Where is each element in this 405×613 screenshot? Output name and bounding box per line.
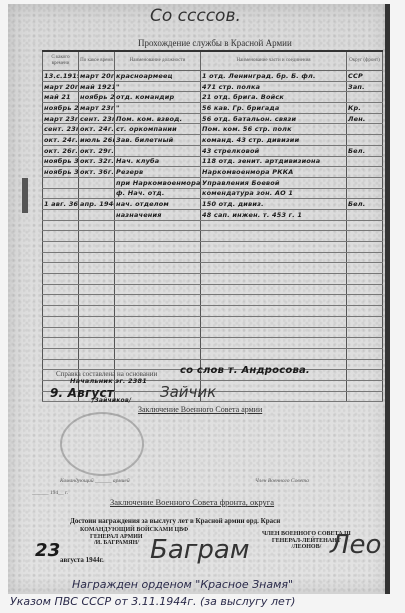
table-cell: 471 стр. полка xyxy=(201,81,347,92)
table-cell: нач. отделом xyxy=(115,199,201,210)
table-cell: март 20г. xyxy=(43,81,79,92)
table-cell xyxy=(347,274,383,285)
table-cell xyxy=(43,231,79,242)
table-cell xyxy=(43,263,79,274)
table-row xyxy=(43,242,383,253)
table-row xyxy=(43,231,383,242)
table-cell: 150 отд. дивиз. xyxy=(201,199,347,210)
table-cell xyxy=(43,316,79,327)
basis-signature: Зайчик xyxy=(160,383,216,401)
table-cell: ноябрь 22г. xyxy=(79,92,115,103)
table-cell xyxy=(115,348,201,359)
table-cell: Управления Боевой xyxy=(201,177,347,188)
table-cell xyxy=(115,220,201,231)
table-cell xyxy=(347,359,383,370)
table-cell: 21 отд. брига. Войск xyxy=(201,92,347,103)
table-cell: комендатура зон. АО 1 xyxy=(201,188,347,199)
table-cell xyxy=(115,295,201,306)
table-cell: 48 сап. инжен. т. 453 г. 1 xyxy=(201,209,347,220)
table-cell xyxy=(79,188,115,199)
table-cell xyxy=(201,380,347,391)
table-row: март 20г.май 1921"471 стр. полкаЗап. xyxy=(43,81,383,92)
table-cell: красноармеец xyxy=(115,71,201,82)
table-cell: 56 кав. Гр. бригада xyxy=(201,103,347,114)
table-cell: Бел. xyxy=(347,199,383,210)
table-row xyxy=(43,348,383,359)
table-cell xyxy=(115,145,201,156)
column-header-from: С какого времени xyxy=(43,51,79,71)
table-cell xyxy=(79,177,115,188)
column-header-unit: Наименование части и соединения xyxy=(201,51,347,71)
table-cell: Зап. xyxy=(347,81,383,92)
table-row: окт. 26г.окт. 29г.43 стрелковойБел. xyxy=(43,145,383,156)
table-row: при НаркомвоенмораУправления Боевой xyxy=(43,177,383,188)
table-row xyxy=(43,284,383,295)
table-cell: Бел. xyxy=(347,145,383,156)
margin-mark xyxy=(22,178,28,213)
table-cell xyxy=(115,263,201,274)
table-cell xyxy=(347,284,383,295)
table-cell xyxy=(347,306,383,317)
table-row: 13.с.1919г.март 20г.красноармеец1 отд. Л… xyxy=(43,71,383,82)
table-cell xyxy=(115,252,201,263)
table-cell: Пом. ком. взвод. xyxy=(115,113,201,124)
table-cell xyxy=(43,252,79,263)
table-cell xyxy=(79,252,115,263)
table-cell xyxy=(347,242,383,253)
table-cell xyxy=(201,316,347,327)
member-label: Член Военного Совета xyxy=(255,478,309,484)
table-cell: отд. командир xyxy=(115,92,201,103)
table-cell: " xyxy=(115,103,201,114)
table-cell xyxy=(201,284,347,295)
table-cell xyxy=(79,284,115,295)
table-cell xyxy=(347,391,383,402)
table-cell: Зав. билетный xyxy=(115,135,201,146)
table-row: 1 авг. 36г.апр. 1940нач. отделом150 отд.… xyxy=(43,199,383,210)
table-cell xyxy=(201,263,347,274)
table-cell: Пом. ком. 56 стр. полк xyxy=(201,124,347,135)
table-cell xyxy=(79,263,115,274)
table-cell: Кр. xyxy=(347,103,383,114)
table-cell: Резерв xyxy=(115,167,201,178)
table-cell xyxy=(201,231,347,242)
table-header-row: С какого времени По какое время Наименов… xyxy=(43,51,383,71)
table-cell xyxy=(201,338,347,349)
basis-head-title: /Зайчиков/ xyxy=(92,397,131,404)
table-cell: назначения xyxy=(115,209,201,220)
service-record-table: С какого времени По какое время Наименов… xyxy=(42,50,383,402)
table-cell xyxy=(347,156,383,167)
table-cell xyxy=(347,380,383,391)
table-cell xyxy=(347,327,383,338)
table-cell xyxy=(43,306,79,317)
table-cell xyxy=(201,220,347,231)
table-cell xyxy=(201,348,347,359)
table-cell xyxy=(43,338,79,349)
table-cell: сент. 23г. xyxy=(79,113,115,124)
table-cell xyxy=(347,220,383,231)
table-cell xyxy=(115,316,201,327)
table-cell xyxy=(201,274,347,285)
table-cell xyxy=(79,242,115,253)
table-row: назначения48 сап. инжен. т. 453 г. 1 xyxy=(43,209,383,220)
table-cell xyxy=(43,284,79,295)
table-cell xyxy=(115,306,201,317)
table-cell: окт. 32г. xyxy=(79,156,115,167)
table-cell xyxy=(347,316,383,327)
table-row xyxy=(43,306,383,317)
front-council-title: Заключение Военного Совета фронта, округ… xyxy=(110,497,274,507)
table-cell xyxy=(201,242,347,253)
table-cell xyxy=(347,295,383,306)
table-cell xyxy=(347,370,383,381)
table-cell: ст. оркомпании xyxy=(115,124,201,135)
table-cell xyxy=(115,231,201,242)
table-cell xyxy=(115,338,201,349)
table-cell: 13.с.1919г. xyxy=(43,71,79,82)
table-cell: ноябрь 31г. xyxy=(43,156,79,167)
table-cell xyxy=(79,327,115,338)
table-cell xyxy=(79,231,115,242)
table-cell xyxy=(347,92,383,103)
table-cell xyxy=(79,316,115,327)
table-cell xyxy=(79,338,115,349)
table-cell xyxy=(79,220,115,231)
table-cell: 1 авг. 36г. xyxy=(43,199,79,210)
table-cell xyxy=(347,252,383,263)
sign-day: 23 xyxy=(35,540,60,561)
basis-value: со слов т. Андросова. xyxy=(180,365,310,376)
commander-title-line: КОМАНДУЮЩИЙ ВОЙСКАМИ ЦВФ xyxy=(80,527,188,534)
date-blank: ______ 194__ г. xyxy=(32,490,68,496)
table-cell: команд. 43 стр. дивизии xyxy=(201,135,347,146)
table-row xyxy=(43,263,383,274)
table-cell: март 23г. xyxy=(43,113,79,124)
table-cell: Нач. клуба xyxy=(115,156,201,167)
table-cell xyxy=(79,359,115,370)
table-cell: июль 26г. xyxy=(79,135,115,146)
table-cell xyxy=(201,327,347,338)
table-row xyxy=(43,295,383,306)
table-cell: окт. 29г. xyxy=(79,145,115,156)
table-cell xyxy=(79,306,115,317)
award-note-line2: Указом ПВС СССР от 3.11.1944г. (за выслу… xyxy=(10,595,295,608)
sign-date: августа 1944г. xyxy=(60,556,104,564)
member-signature: Лео xyxy=(330,530,381,560)
table-cell xyxy=(201,295,347,306)
table-cell xyxy=(347,348,383,359)
table-row: окт. 24г.июль 26г.Зав. билетныйкоманд. 4… xyxy=(43,135,383,146)
table-cell: апр. 1940 xyxy=(79,199,115,210)
table-cell xyxy=(347,338,383,349)
commander-label: Командующий ______ армией xyxy=(60,478,130,484)
table-cell: март 23г. xyxy=(79,103,115,114)
chief-line: Начальник эг. 2381 xyxy=(70,377,147,385)
table-cell: ССР xyxy=(347,71,383,82)
table-row xyxy=(43,220,383,231)
table-cell: окт. 36г. xyxy=(79,167,115,178)
table-cell xyxy=(115,284,201,295)
commander-signature: Баграм xyxy=(150,535,249,565)
table-row: ноябрь 31г.окт. 32г.Нач. клуба118 отд. з… xyxy=(43,156,383,167)
table-cell: ноябрь 22 xyxy=(43,103,79,114)
table-cell xyxy=(347,263,383,274)
table-cell xyxy=(43,242,79,253)
table-cell: окт. 24г. xyxy=(79,124,115,135)
table-cell xyxy=(43,274,79,285)
table-cell xyxy=(43,295,79,306)
table-cell: сент. 23г. xyxy=(43,124,79,135)
handwritten-surname: Со ссссов. xyxy=(150,6,241,26)
column-header-district: Округ (фронт) xyxy=(347,51,383,71)
official-stamp xyxy=(60,412,144,476)
table-cell: " xyxy=(115,81,201,92)
table-row xyxy=(43,316,383,327)
table-row xyxy=(43,338,383,349)
table-cell xyxy=(347,231,383,242)
table-cell: май 21 xyxy=(43,92,79,103)
table-cell: 118 отд. зенит. артдивизиона xyxy=(201,156,347,167)
table-cell: ноябрь 32г. xyxy=(43,167,79,178)
table-row: май 21ноябрь 22г.отд. командир21 отд. бр… xyxy=(43,92,383,103)
table-cell xyxy=(115,242,201,253)
table-row: ф. Нач. отд.комендатура зон. АО 1 xyxy=(43,188,383,199)
table-cell xyxy=(43,359,79,370)
table-cell: Наркомвоенмора РККА xyxy=(201,167,347,178)
table-row xyxy=(43,274,383,285)
table-cell xyxy=(79,295,115,306)
table-cell: Лен. xyxy=(347,113,383,124)
table-row xyxy=(43,252,383,263)
table-cell xyxy=(347,209,383,220)
table-cell: окт. 26г. xyxy=(43,145,79,156)
table-cell xyxy=(115,327,201,338)
table-row xyxy=(43,327,383,338)
table-cell xyxy=(347,177,383,188)
table-cell xyxy=(79,274,115,285)
table-cell: 56 отд. батальон. связи xyxy=(201,113,347,124)
table-cell xyxy=(201,306,347,317)
table-cell: май 1921 xyxy=(79,81,115,92)
table-cell xyxy=(79,348,115,359)
column-header-to: По какое время xyxy=(79,51,115,71)
table-cell: 1 отд. Ленинград. бр. Б. фл. xyxy=(201,71,347,82)
table-row: ноябрь 32г.окт. 36г.РезервНаркомвоенмора… xyxy=(43,167,383,178)
table-cell xyxy=(115,274,201,285)
table-cell xyxy=(43,348,79,359)
table-cell xyxy=(201,391,347,402)
table-cell xyxy=(43,209,79,220)
column-header-position: Наименование должности xyxy=(115,51,201,71)
table-cell xyxy=(43,327,79,338)
table-cell: март 20г. xyxy=(79,71,115,82)
table-cell xyxy=(43,188,79,199)
table-row: сент. 23г.окт. 24г.ст. оркомпанииПом. ко… xyxy=(43,124,383,135)
table-cell xyxy=(43,177,79,188)
table-cell xyxy=(347,124,383,135)
table-cell: окт. 24г. xyxy=(43,135,79,146)
table-cell xyxy=(347,188,383,199)
table-cell xyxy=(347,135,383,146)
table-cell: при Наркомвоенмора xyxy=(115,177,201,188)
table-row: март 23г.сент. 23г.Пом. ком. взвод.56 от… xyxy=(43,113,383,124)
page-edge-shadow xyxy=(385,4,390,594)
army-council-title: Заключение Военного Совета армии xyxy=(138,405,262,414)
table-cell xyxy=(79,209,115,220)
table-cell: 43 стрелковой xyxy=(201,145,347,156)
table-cell: ф. Нач. отд. xyxy=(115,188,201,199)
table-cell xyxy=(201,252,347,263)
table-cell xyxy=(43,220,79,231)
award-note-line1: Награжден орденом "Красное Знамя" xyxy=(72,578,293,591)
table-cell xyxy=(347,167,383,178)
section-title: Прохождение службы в Красной Армии xyxy=(138,38,292,48)
award-recommendation: Достоин награждения за выслугу лет в Кра… xyxy=(70,517,280,525)
table-row: ноябрь 22март 23г."56 кав. Гр. бригадаКр… xyxy=(43,103,383,114)
